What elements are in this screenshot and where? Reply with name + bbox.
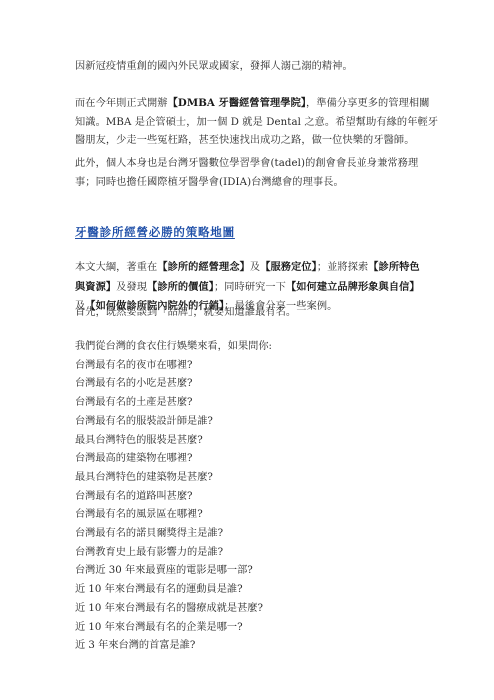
text-line: 本文大綱，著重在【診所的經營理念】及【服務定位】；並將探索【診所特色 (75, 258, 435, 278)
topic-service-positioning: 【服務定位】 (260, 261, 317, 273)
list-item: 台灣最有名的土產是甚麼? (75, 394, 272, 413)
list-item: 近 10 年來台灣最有名的運動員是誰? (75, 581, 272, 600)
list-item: 近 10 年來台灣最有名的企業是哪一? (75, 619, 272, 638)
paragraph-brand-intro: 首先，既然要談到「品牌」，就要知道誰最有名。 (75, 304, 435, 323)
text-run: 本文大綱，著重在 (75, 262, 157, 273)
list-item: 台灣近 30 年來最賣座的電影是哪一部? (75, 562, 272, 581)
topic-features-resources: 【診所特色 (368, 261, 419, 273)
questions-intro: 我們從台灣的食衣住行娛樂來看，如果問你: (75, 338, 272, 357)
list-item: 近 3 年來台灣的首富是誰? (75, 637, 272, 656)
topic-features-resources-cont: 與資源】 (75, 281, 116, 293)
topic-brand-image: 【如何建立品牌形象與自信】 (286, 281, 420, 293)
text-line: 因新冠疫情重創的國內外民眾或國家，發揮人溺己溺的精神。 (75, 58, 435, 77)
list-item: 台灣最有名的道路叫甚麼? (75, 488, 272, 507)
list-item: 最具台灣特色的建築物是甚麼? (75, 469, 272, 488)
text-line: 首先，既然要談到「品牌」，就要知道誰最有名。 (75, 304, 435, 323)
list-item: 台灣最有名的小吃是甚麼? (75, 375, 272, 394)
text-line: 此外，個人本身也是台灣牙醫數位學習學會(tadel)的創會會長並身兼常務理 (75, 155, 435, 174)
text-run: 而在今年則正式開辦 (75, 98, 168, 109)
text-run: ；並將探索 (317, 262, 368, 273)
list-item: 台灣最有名的風景區在哪裡? (75, 506, 272, 525)
topic-management-philosophy: 【診所的經營理念】 (157, 261, 250, 273)
text-run: ；同時研究一下 (214, 282, 286, 293)
text-line: 與資源】及發現【診所的價值】；同時研究一下【如何建立品牌形象與自信】 (75, 278, 435, 298)
list-item: 台灣最有名的服裝設計師是誰? (75, 413, 272, 432)
section-heading: 牙醫診所經營必勝的策略地圖 (75, 224, 235, 240)
list-item: 最具台灣特色的服裝是甚麼? (75, 432, 272, 451)
paragraph-associations: 此外，個人本身也是台灣牙醫數位學習學會(tadel)的創會會長並身兼常務理 事；… (75, 155, 435, 192)
topic-clinic-value: 【診所的價值】 (147, 281, 214, 293)
paragraph-covid-relief: 因新冠疫情重創的國內外民眾或國家，發揮人溺己溺的精神。 (75, 58, 435, 77)
list-item: 台灣最有名的諾貝爾獎得主是誰? (75, 525, 272, 544)
text-line: 而在今年則正式開辦【DMBA 牙醫經營管理學院】，準備分享更多的管理相關 (75, 94, 435, 114)
text-run: 及發現 (116, 282, 147, 293)
text-line: 事；同時也擔任國際植牙醫學會(IDIA)台灣總會的理事長。 (75, 174, 435, 193)
dmba-academy-name: 【DMBA 牙醫經營管理學院】 (168, 97, 306, 109)
paragraph-dmba-academy: 而在今年則正式開辦【DMBA 牙醫經營管理學院】，準備分享更多的管理相關 知識。… (75, 94, 435, 151)
list-item: 台灣教育史上最有影響力的是誰? (75, 544, 272, 563)
text-run: 及 (250, 262, 260, 273)
text-line: 醫朋友，少走一些冤枉路，甚至快速找出成功之路，做一位快樂的牙醫師。 (75, 132, 435, 151)
text-line: 知識。MBA 是企管碩士，加一個 D 就是 Dental 之意。希望幫助有緣的年… (75, 114, 435, 133)
question-list: 我們從台灣的食衣住行娛樂來看，如果問你: 台灣最有名的夜市在哪裡? 台灣最有名的… (75, 338, 272, 656)
text-run: ，準備分享更多的管理相關 (306, 98, 429, 109)
list-item: 近 10 年來台灣最有名的醫療成就是甚麼? (75, 600, 272, 619)
list-item: 台灣最有名的夜市在哪裡? (75, 357, 272, 376)
list-item: 台灣最高的建築物在哪裡? (75, 450, 272, 469)
